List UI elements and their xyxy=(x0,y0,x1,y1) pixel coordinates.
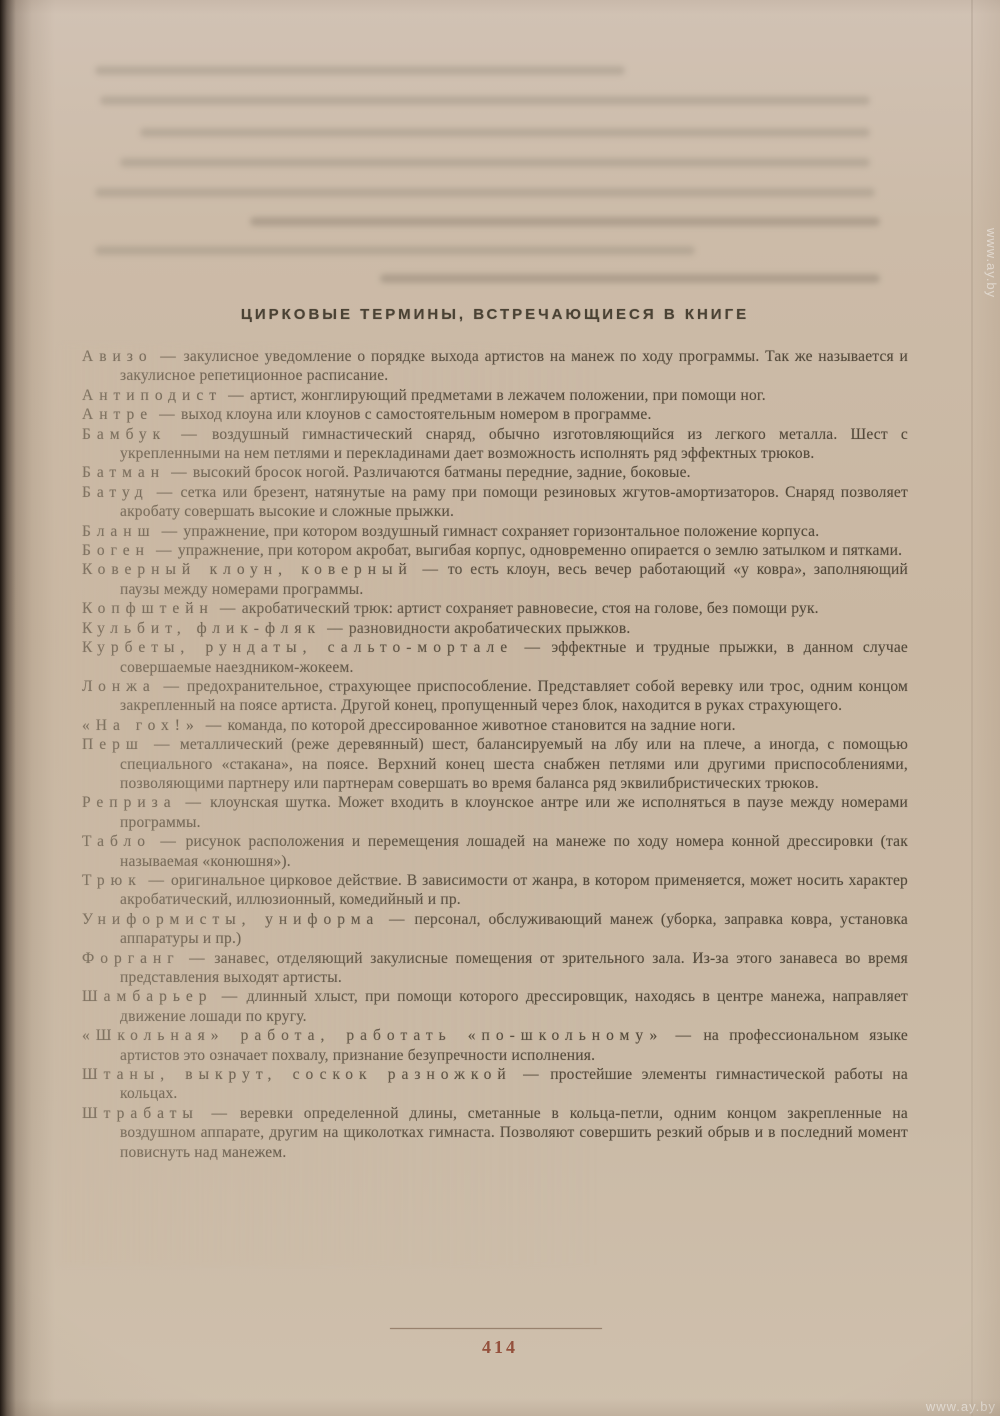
glossary-entry: Униформисты, униформа — персонал, обслуж… xyxy=(82,910,908,949)
term: Курбеты, рундаты, сальто-мортале xyxy=(82,639,513,656)
term: Лонжа xyxy=(82,678,156,695)
definition: сетка или брезент, натянутые на раму при… xyxy=(120,484,908,520)
book-page-scan: ЦИРКОВЫЕ ТЕРМИНЫ, ВСТРЕЧАЮЩИЕСЯ В КНИГЕ … xyxy=(0,0,1000,1416)
glossary-entry: Батман — высокий бросок ногой. Различают… xyxy=(82,463,908,482)
definition: упражнение, при котором акробат, выгибая… xyxy=(178,542,902,559)
term: Коверный клоун, коверный xyxy=(82,561,413,578)
definition: оригинальное цирковое действие. В зависи… xyxy=(120,872,908,908)
glossary-entry: Перш — металлический (реже деревянный) ш… xyxy=(82,735,908,793)
bleed-through-line xyxy=(95,66,625,75)
term: «На гох!» xyxy=(82,717,200,734)
glossary-entry: Реприза — клоунская шутка. Может входить… xyxy=(82,793,908,832)
term: Батуд xyxy=(82,484,149,501)
bleed-through-line xyxy=(95,246,695,255)
dash: — xyxy=(144,736,180,753)
definition: клоунская шутка. Может входить в клоунск… xyxy=(120,794,908,830)
glossary-entry: Коверный клоун, коверный — то есть клоун… xyxy=(82,560,908,599)
glossary-entry: Бамбук — воздушный гимнастический снаряд… xyxy=(82,425,908,464)
dash: — xyxy=(379,911,414,928)
term: Антре xyxy=(82,406,153,423)
dash: — xyxy=(150,542,178,559)
page-title: ЦИРКОВЫЕ ТЕРМИНЫ, ВСТРЕЧАЮЩИЕСЯ В КНИГЕ xyxy=(82,306,908,323)
glossary-entry: Курбеты, рундаты, сальто-мортале — эффек… xyxy=(82,638,908,677)
dash: — xyxy=(177,794,210,811)
definition: акробатический трюк: артист сохраняет ра… xyxy=(242,600,819,617)
term: Униформисты, униформа xyxy=(82,911,379,928)
glossary-entry: Кульбит, флик-фляк — разновидности акроб… xyxy=(82,619,908,638)
glossary-entry: Лонжа — предохранительное, страхующее пр… xyxy=(82,677,908,716)
term: Перш xyxy=(82,736,144,753)
dash: — xyxy=(149,484,181,501)
dash: — xyxy=(156,523,184,540)
bleed-through-line xyxy=(140,128,870,137)
dash: — xyxy=(213,988,247,1005)
footer-rule xyxy=(390,1328,602,1329)
term: Трюк xyxy=(82,872,142,889)
dash: — xyxy=(165,464,193,481)
glossary-list: Авизо — закулисное уведомление о порядке… xyxy=(82,347,908,1162)
dash: — xyxy=(513,639,551,656)
term: Форганг xyxy=(82,950,180,967)
dash: — xyxy=(200,717,228,734)
watermark: www.ay.by xyxy=(984,228,999,298)
dash: — xyxy=(180,950,215,967)
definition: предохранительное, страхующее приспособл… xyxy=(120,678,908,714)
definition: рисунок расположения и перемещения лошад… xyxy=(120,833,908,869)
definition: воздушный гимнастический снаряд, обычно … xyxy=(120,426,908,462)
glossary-entry: Копфштейн — акробатический трюк: артист … xyxy=(82,599,908,618)
dash: — xyxy=(199,1105,240,1122)
glossary-entry: Трюк — оригинальное цирковое действие. В… xyxy=(82,871,908,910)
glossary-entry: Бланш — упражнение, при котором воздушны… xyxy=(82,522,908,541)
term: Штаны, выкрут, соскок разножкой xyxy=(82,1066,512,1083)
glossary-entry: Табло — рисунок расположения и перемещен… xyxy=(82,832,908,871)
glossary-entry: Штаны, выкрут, соскок разножкой — просте… xyxy=(82,1065,908,1104)
term: Шамбарьер xyxy=(82,988,213,1005)
glossary-entry: Боген — упражнение, при котором акробат,… xyxy=(82,541,908,560)
glossary-entry: Штрабаты — веревки определенной длины, с… xyxy=(82,1104,908,1162)
dash: — xyxy=(166,426,212,443)
dash: — xyxy=(413,561,448,578)
term: Боген xyxy=(82,542,150,559)
term: Бланш xyxy=(82,523,156,540)
dash: — xyxy=(151,833,186,850)
term: Штрабаты xyxy=(82,1105,199,1122)
glossary-entry: Антиподист — артист, жонглирующий предме… xyxy=(82,386,908,405)
dash: — xyxy=(512,1066,551,1083)
definition: металлический (реже деревянный) шест, ба… xyxy=(120,736,908,792)
term: Бамбук xyxy=(82,426,166,443)
dash: — xyxy=(663,1027,703,1044)
glossary-entry: Форганг — занавес, отделяющий закулисные… xyxy=(82,949,908,988)
glossary-entry: Шамбарьер — длинный хлыст, при помощи ко… xyxy=(82,987,908,1026)
glossary-entry: Батуд — сетка или брезент, натянутые на … xyxy=(82,483,908,522)
dash: — xyxy=(156,678,187,695)
dash: — xyxy=(222,387,250,404)
bleed-through-line xyxy=(95,188,875,197)
bleed-through-line xyxy=(250,217,880,226)
dash: — xyxy=(321,620,349,637)
definition: высокий бросок ногой. Различаются батман… xyxy=(193,464,691,481)
term: Авизо xyxy=(82,348,153,365)
definition: закулисное уведомление о порядке выхода … xyxy=(120,348,908,384)
glossary-section: ЦИРКОВЫЕ ТЕРМИНЫ, ВСТРЕЧАЮЩИЕСЯ В КНИГЕ … xyxy=(82,306,908,1162)
term: Табло xyxy=(82,833,151,850)
dash: — xyxy=(142,872,171,889)
page-fold-line xyxy=(971,0,973,1416)
term: «Школьная» работа, работать «по-школьном… xyxy=(82,1027,663,1044)
dash: — xyxy=(153,348,184,365)
dash: — xyxy=(214,600,242,617)
glossary-entry: «На гох!» — команда, по которой дрессиро… xyxy=(82,716,908,735)
term: Батман xyxy=(82,464,165,481)
page-number: 414 xyxy=(0,1337,1000,1358)
glossary-entry: Антре — выход клоуна или клоунов с самос… xyxy=(82,405,908,424)
glossary-entry: Авизо — закулисное уведомление о порядке… xyxy=(82,347,908,386)
definition: выход клоуна или клоунов с самостоятельн… xyxy=(181,406,652,423)
term: Реприза xyxy=(82,794,177,811)
term: Антиподист xyxy=(82,387,222,404)
dash: — xyxy=(153,406,181,423)
bleed-through-line xyxy=(380,274,880,283)
definition: занавес, отделяющий закулисные помещения… xyxy=(120,950,908,986)
term: Копфштейн xyxy=(82,600,214,617)
definition: разновидности акробатических прыжков. xyxy=(349,620,631,637)
term: Кульбит, флик-фляк xyxy=(82,620,321,637)
watermark: www.ay.by xyxy=(926,1399,996,1414)
bleed-through-line xyxy=(100,96,870,105)
bleed-through-line xyxy=(120,158,870,167)
definition: артист, жонглирующий предметами в лежаче… xyxy=(250,387,766,404)
definition: команда, по которой дрессированное живот… xyxy=(228,717,736,734)
definition: упражнение, при котором воздушный гимнас… xyxy=(183,523,819,540)
glossary-entry: «Школьная» работа, работать «по-школьном… xyxy=(82,1026,908,1065)
